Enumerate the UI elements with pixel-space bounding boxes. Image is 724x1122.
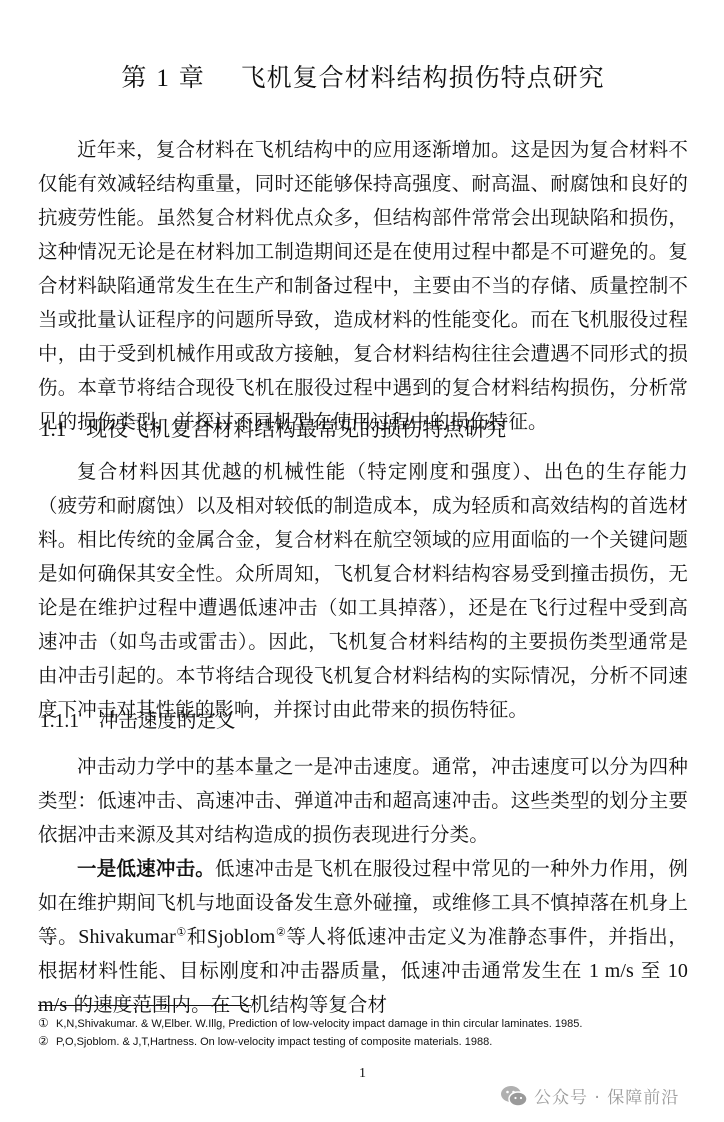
footnotes: ①K,N,Shivakumar. & W,Elber. W.Illg, Pred… (38, 1015, 718, 1051)
footnote-2: ②P,O,Sjoblom. & J,T,Hartness. On low-vel… (38, 1033, 718, 1051)
subsection-number: 1.1.1 (40, 711, 79, 733)
footnote-text: P,O,Sjoblom. & J,T,Hartness. On low-velo… (56, 1036, 492, 1048)
section-1-1-1-paragraph-2: 一是低速冲击。低速冲击是飞机在服役过程中常见的一种外力作用，例如在维护期间飞机与… (38, 852, 688, 1022)
intro-paragraph: 近年来，复合材料在飞机结构中的应用逐渐增加。这是因为复合材料不仅能有效减轻结构重… (38, 133, 688, 439)
author-shivakumar: Shivakumar (78, 926, 176, 948)
chapter-title: 第 1 章 飞机复合材料结构损伤特点研究 (38, 58, 688, 94)
watermark-text: 公众号 · 保障前沿 (534, 1083, 679, 1108)
footnote-mark: ② (38, 1033, 56, 1050)
section-1-1-paragraph: 复合材料因其优越的机械性能（特定刚度和强度）、出色的生存能力（疲劳和耐腐蚀）以及… (38, 455, 688, 727)
velocity-low: 1 m/s (589, 960, 634, 982)
section-heading-1-1-1: 1.1.1冲击速度的定义 (40, 705, 236, 733)
paragraph-text: 和 (187, 925, 207, 948)
chapter-number: 1 (156, 65, 170, 92)
subsection-title: 冲击速度的定义 (99, 709, 236, 732)
footnote-1: ①K,N,Shivakumar. & W,Elber. W.Illg, Pred… (38, 1015, 718, 1033)
low-velocity-lead: 一是低速冲击。 (77, 857, 215, 880)
wechat-icon (500, 1085, 528, 1107)
author-sjoblom: Sjoblom (207, 926, 276, 948)
section-1-1-1-paragraph-1: 冲击动力学中的基本量之一是冲击速度。通常，冲击速度可以分为四种类型：低速冲击、高… (38, 750, 688, 852)
watermark: 公众号 · 保障前沿 (500, 1083, 679, 1108)
chapter-title-text: 飞机复合材料结构损伤特点研究 (241, 63, 605, 92)
section-heading-1-1: 1.1现役飞机复合材料结构最常见的损伤特点研究 (40, 413, 506, 443)
footnote-ref-2[interactable]: ② (275, 926, 286, 939)
section-title: 现役飞机复合材料结构最常见的损伤特点研究 (86, 417, 506, 441)
footnote-ref-1[interactable]: ① (176, 926, 187, 939)
footnote-text: K,N,Shivakumar. & W,Elber. W.Illg, Predi… (56, 1018, 582, 1030)
chapter-prefix: 第 (121, 63, 147, 92)
footnote-mark: ① (38, 1015, 56, 1032)
paragraph-text: 至 (641, 959, 661, 982)
footnote-divider (38, 1005, 251, 1006)
chapter-suffix: 章 (179, 63, 205, 92)
section-number: 1.1 (40, 417, 66, 442)
page-number: 1 (359, 1066, 366, 1082)
